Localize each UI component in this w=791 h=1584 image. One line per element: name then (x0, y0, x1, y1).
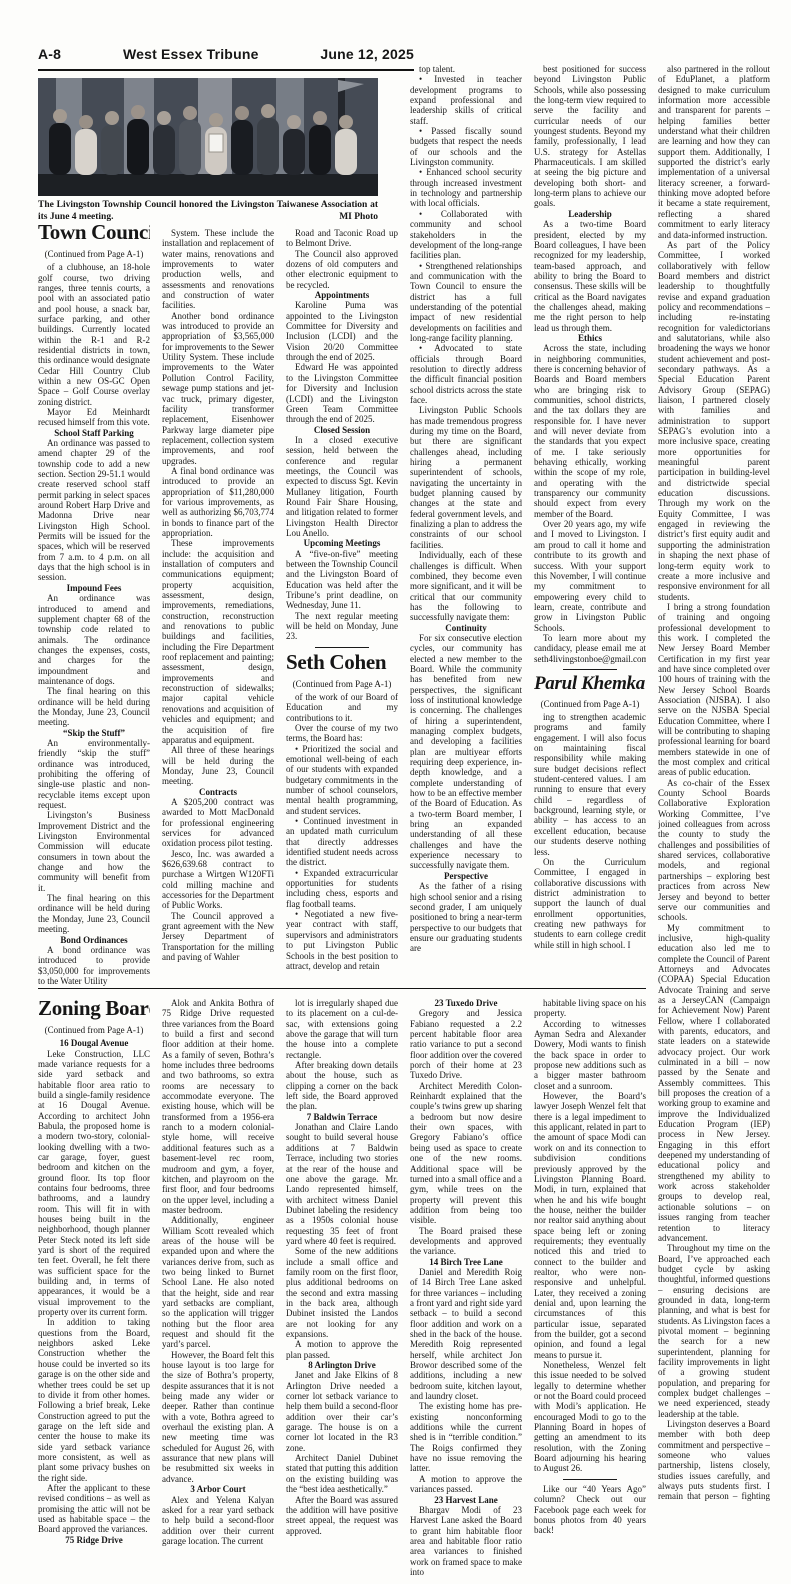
article-paragraph: The final hearing on this ordinance will… (38, 893, 150, 934)
article-paragraph: However, the Board felt this house layou… (162, 1350, 274, 1484)
news-column-6: also partnered in the rollout of EduPlan… (658, 64, 770, 1502)
article-paragraph: After breaking down details about the ho… (286, 1060, 398, 1112)
section-divider-rule (38, 988, 646, 989)
article-paragraph: • Expanded extracurricular opportunities… (286, 868, 398, 909)
article-paragraph: A “five-on-five” meeting between the Tow… (286, 549, 398, 611)
article-paragraph: The Board praised these developments and… (410, 1226, 522, 1257)
article-paragraph: Janet and Jake Elkins of 8 Arlington Dri… (286, 1370, 398, 1453)
continued-from-line: (Continued from Page A-1) (534, 699, 646, 709)
zoning-column-2: Alok and Ankita Bothra of 75 Ridge Drive… (162, 998, 274, 1578)
article-paragraph: An ordinance was passed to amend chapter… (38, 438, 150, 583)
article-paragraph: After the Board was assured the addition… (286, 1495, 398, 1536)
article-subhead: 8 Arlington Drive (286, 1360, 398, 1370)
article-paragraph: best positioned for success beyond Livin… (534, 64, 646, 209)
article-subhead: Impound Fees (38, 583, 150, 593)
article-paragraph: • Invested in teacher development progra… (410, 74, 522, 126)
article-subhead: Bond Ordinances (38, 935, 150, 945)
article-paragraph: Bhargav Modi of 23 Harvest Lane asked th… (410, 1505, 522, 1577)
council-photo-image (38, 78, 378, 196)
article-paragraph: Jesco, Inc. was awarded a $626,639.68 co… (162, 849, 274, 911)
article-paragraph: ing to strengthen academic programs and … (534, 712, 646, 857)
article-paragraph: • Negotiated a new five-year contract wi… (286, 909, 398, 971)
article-paragraph: A motion to approve the variances passed… (410, 1474, 522, 1495)
article-paragraph: According to witnesses Ayman Sedra and A… (534, 1019, 646, 1091)
zoning-column-3: lot is irregularly shaped due to its pla… (286, 998, 398, 1578)
article-paragraph: On the Curriculum Committee, I engaged i… (534, 857, 646, 950)
article-paragraph: Edward He was appointed to the Livingsto… (286, 362, 398, 424)
article-subhead: 75 Ridge Drive (38, 1535, 150, 1545)
article-paragraph: Throughout my time on the Board, I’ve ap… (658, 1243, 770, 1419)
article-subhead: Perspective (410, 871, 522, 881)
article-paragraph: A motion to approve the plan passed. (286, 1339, 398, 1360)
article-paragraph: A bond ordinance was introduced to provi… (38, 945, 150, 986)
publication-title: West Essex Tribune (123, 46, 259, 62)
news-column-1: Town Council(Continued from Page A-1)of … (38, 222, 150, 988)
article-paragraph: As part of the Policy Committee, I worke… (658, 240, 770, 602)
article-paragraph: These improvements include: the acquisit… (162, 538, 274, 745)
article-subhead: Continuity (410, 623, 522, 633)
article-paragraph: A final bond ordinance was introduced to… (162, 466, 274, 538)
article-paragraph: habitable living space on his property. (534, 998, 646, 1019)
article-paragraph: top talent. (410, 64, 522, 74)
article-paragraph: The next regular meeting will be held on… (286, 611, 398, 642)
article-paragraph: Karoline Puma was appointed to the Livin… (286, 300, 398, 362)
article-paragraph: All three of these hearings will be held… (162, 745, 274, 786)
article-paragraph: lot is irregularly shaped due to its pla… (286, 998, 398, 1060)
article-paragraph: Individually, each of these challenges i… (410, 550, 522, 622)
article-paragraph: Across the state, including in neighbori… (534, 343, 646, 519)
article-paragraph: Livingston’s Business Improvement Distri… (38, 810, 150, 893)
article-paragraph: Jonathan and Claire Lando sought to buil… (286, 1122, 398, 1246)
article-paragraph: As a two-time Board president, elected b… (534, 219, 646, 333)
article-paragraph: In a closed executive session, held betw… (286, 435, 398, 538)
article-subhead: Upcoming Meetings (286, 538, 398, 548)
article-paragraph: The Council approved a grant agreement w… (162, 911, 274, 963)
news-column-3: Road and Taconic Road up to Belmont Driv… (286, 228, 398, 988)
article-paragraph: In addition to taking questions from the… (38, 1317, 150, 1483)
article-paragraph: As the father of a rising high school se… (410, 881, 522, 953)
article-paragraph: • Advocated to state officials through B… (410, 343, 522, 405)
article-paragraph: Over 20 years ago, my wife and I moved t… (534, 519, 646, 633)
article-paragraph: Architect Meredith Colon-Reinhardt expla… (410, 1081, 522, 1226)
article-paragraph: Daniel and Meredith Roig of 14 Birch Tre… (410, 1267, 522, 1401)
zoning-column-1: Zoning Board(Continued from Page A-1)16 … (38, 998, 150, 1578)
article-paragraph: Road and Taconic Road up to Belmont Driv… (286, 228, 398, 249)
article-paragraph: The existing home has pre-existing nonco… (410, 1401, 522, 1473)
zoning-column-4: 23 Tuxedo DriveGregory and Jessica Fabia… (410, 998, 522, 1578)
article-subhead: 23 Tuxedo Drive (410, 998, 522, 1008)
article-headline: Parul Khemka (534, 674, 646, 694)
column-divider-rule (563, 1479, 617, 1480)
article-paragraph: Architect Daniel Dubinet stated that put… (286, 1453, 398, 1494)
article-paragraph: of a clubhouse, an 18-hole golf course, … (38, 262, 150, 407)
article-paragraph: I bring a strong foundation of training … (658, 602, 770, 778)
issue-date: June 12, 2025 (320, 46, 414, 62)
continued-from-line: (Continued from Page A-1) (38, 1025, 150, 1035)
article-paragraph: also partnered in the rollout of EduPlan… (658, 64, 770, 240)
article-subhead: School Staff Parking (38, 428, 150, 438)
masthead: A-8 West Essex Tribune June 12, 2025 (38, 46, 414, 71)
article-subhead: 3 Arbor Court (162, 1484, 274, 1494)
article-subhead: Ethics (534, 333, 646, 343)
article-paragraph: For six consecutive election cycles, our… (410, 633, 522, 871)
column-divider-rule (315, 647, 369, 648)
article-paragraph: Another bond ordinance was introduced to… (162, 311, 274, 466)
article-paragraph: • Continued investment in an updated mat… (286, 816, 398, 868)
article-subhead: Closed Session (286, 425, 398, 435)
photo-caption-text: The Livingston Township Council honored … (38, 200, 378, 222)
article-paragraph: Mayor Ed Meinhardt recused himself from … (38, 407, 150, 428)
news-column-2: System. These include the installation a… (162, 228, 274, 988)
article-subhead: 7 Baldwin Terrace (286, 1112, 398, 1122)
article-subhead: 23 Harvest Lane (410, 1495, 522, 1505)
article-paragraph: Nonetheless, Wenzel felt this issue need… (534, 1360, 646, 1474)
article-paragraph: A $205,200 contract was awarded to Mott … (162, 797, 274, 849)
article-paragraph: • Enhanced school security through incre… (410, 167, 522, 208)
article-paragraph: After the applicant to these revised con… (38, 1483, 150, 1535)
article-subhead: “Skip the Stuff” (38, 728, 150, 738)
zoning-column-5: habitable living space on his property.A… (534, 998, 646, 1578)
article-paragraph: An environmentally-friendly “skip the st… (38, 738, 150, 810)
article-paragraph: of the work of our Board of Education an… (286, 692, 398, 723)
article-paragraph: Leke Construction, LLC made variance req… (38, 1049, 150, 1318)
article-subhead: Appointments (286, 290, 398, 300)
article-paragraph: Livingston Public Schools has made treme… (410, 405, 522, 550)
photo-credit: MI Photo (339, 212, 378, 224)
article-paragraph: My commitment to inclusive, high-quality… (658, 923, 770, 1244)
article-subhead: Contracts (162, 787, 274, 797)
article-headline: Town Council (38, 222, 150, 244)
continued-from-line: (Continued from Page A-1) (286, 679, 398, 689)
page-number: A-8 (38, 46, 61, 62)
news-column-5: best positioned for success beyond Livin… (534, 64, 646, 986)
column-divider-rule (563, 669, 617, 670)
article-subhead: 16 Dougal Avenue (38, 1038, 150, 1048)
article-paragraph: The Council also approved dozens of old … (286, 249, 398, 290)
newspaper-page: A-8 West Essex Tribune June 12, 2025 (0, 0, 791, 1584)
article-paragraph: The final hearing on this ordinance will… (38, 686, 150, 727)
article-paragraph: Additionally, engineer William Scott rev… (162, 1215, 274, 1349)
article-paragraph: As co-chair of the Essex County School B… (658, 778, 770, 923)
news-column-4: top talent.• Invested in teacher develop… (410, 64, 522, 986)
article-paragraph: Livingston deserves a Board member with … (658, 1419, 770, 1502)
article-paragraph: Alex and Yelena Kalyan asked for a rear … (162, 1495, 274, 1547)
article-paragraph: Gregory and Jessica Fabiano requested a … (410, 1008, 522, 1080)
article-paragraph: However, the Board’s lawyer Joseph Wenze… (534, 1091, 646, 1360)
article-paragraph: • Passed fiscally sound budgets that res… (410, 126, 522, 167)
article-subhead: Leadership (534, 209, 646, 219)
article-subhead: 14 Birch Tree Lane (410, 1257, 522, 1267)
photo-caption: The Livingston Township Council honored … (38, 200, 378, 223)
article-paragraph: • Strengthened relationships and communi… (410, 261, 522, 344)
article-headline: Seth Cohen (286, 652, 398, 674)
article-paragraph: Some of the new additions include a smal… (286, 1246, 398, 1339)
continued-from-line: (Continued from Page A-1) (38, 249, 150, 259)
article-paragraph: Over the course of my two terms, the Boa… (286, 723, 398, 744)
article-paragraph: To learn more about my candidacy, please… (534, 633, 646, 664)
article-paragraph: • Prioritized the social and emotional w… (286, 744, 398, 816)
article-paragraph: Alok and Ankita Bothra of 75 Ridge Drive… (162, 998, 274, 1215)
article-paragraph: System. These include the installation a… (162, 228, 274, 311)
article-paragraph: • Collaborated with community and school… (410, 209, 522, 261)
council-photo (38, 78, 378, 196)
article-paragraph: Like our “40 Years Ago” column? Check ou… (534, 1484, 646, 1536)
article-headline: Zoning Board (38, 998, 150, 1020)
article-paragraph: An ordinance was introduced to amend and… (38, 593, 150, 686)
